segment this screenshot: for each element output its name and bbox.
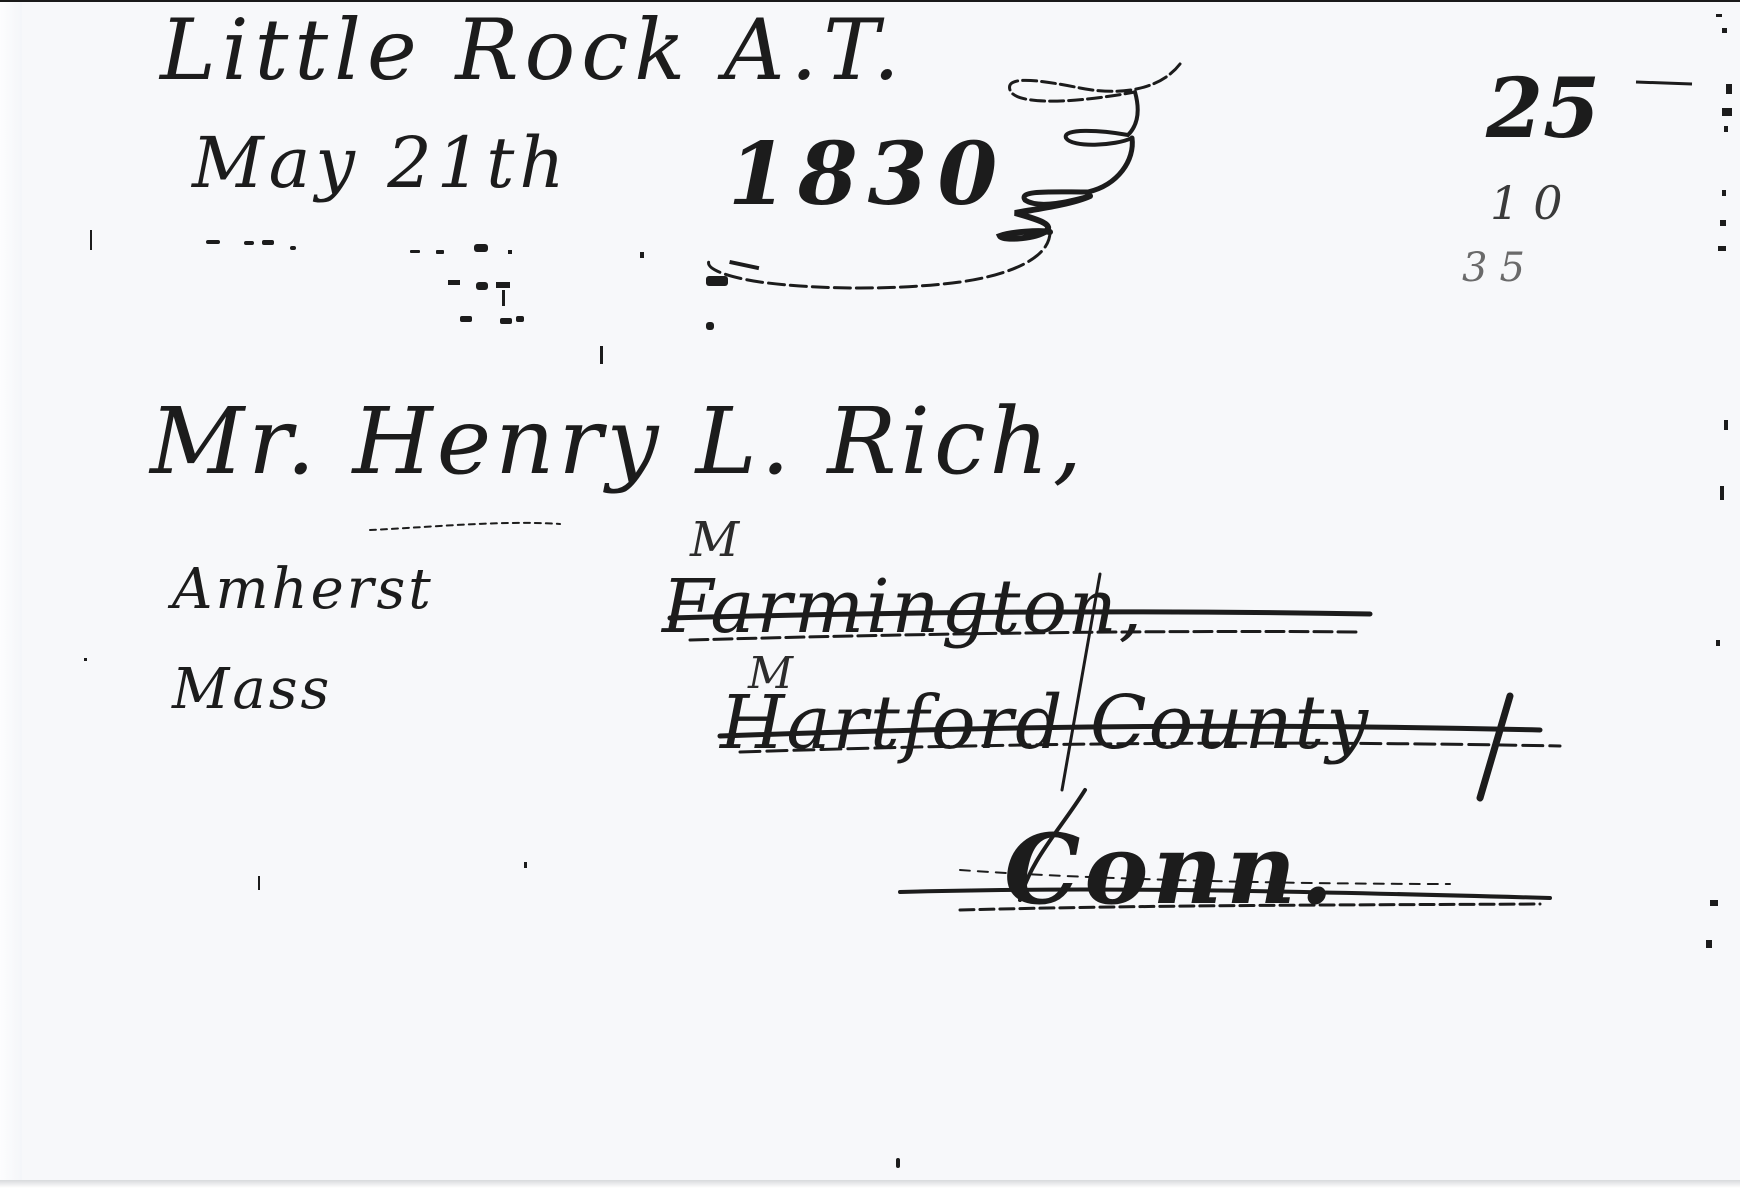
crossed-out-county: Hartford County <box>720 686 1370 760</box>
postmark-year: 1830 <box>728 132 1007 218</box>
letter-cover-page: Little Rock A.T. May 21th 1830 25 10 35 … <box>0 0 1740 1188</box>
scan-bottom-edge <box>0 1180 1740 1188</box>
postage-rate: 25 <box>1486 68 1600 150</box>
postmark-date: May 21th <box>192 128 570 198</box>
forwarding-mark: M <box>690 516 739 564</box>
crossed-out-city: Farmington, <box>662 570 1144 644</box>
addressee-name: Mr. Henry L. Rich, <box>150 396 1086 488</box>
postmark-town: Little Rock A.T. <box>160 8 906 92</box>
scan-left-edge <box>0 2 22 1188</box>
postage-rate-faint-1: 10 <box>1490 180 1577 226</box>
postmark-specks <box>90 230 759 364</box>
rate-tail-stroke <box>1636 82 1692 84</box>
forwarded-state: Mass <box>172 662 332 718</box>
right-edge-specks <box>1706 14 1732 948</box>
postage-rate-faint-2: 35 <box>1462 248 1537 288</box>
forwarded-city: Amherst <box>172 562 434 618</box>
crossed-out-state: Conn. <box>1004 822 1337 918</box>
